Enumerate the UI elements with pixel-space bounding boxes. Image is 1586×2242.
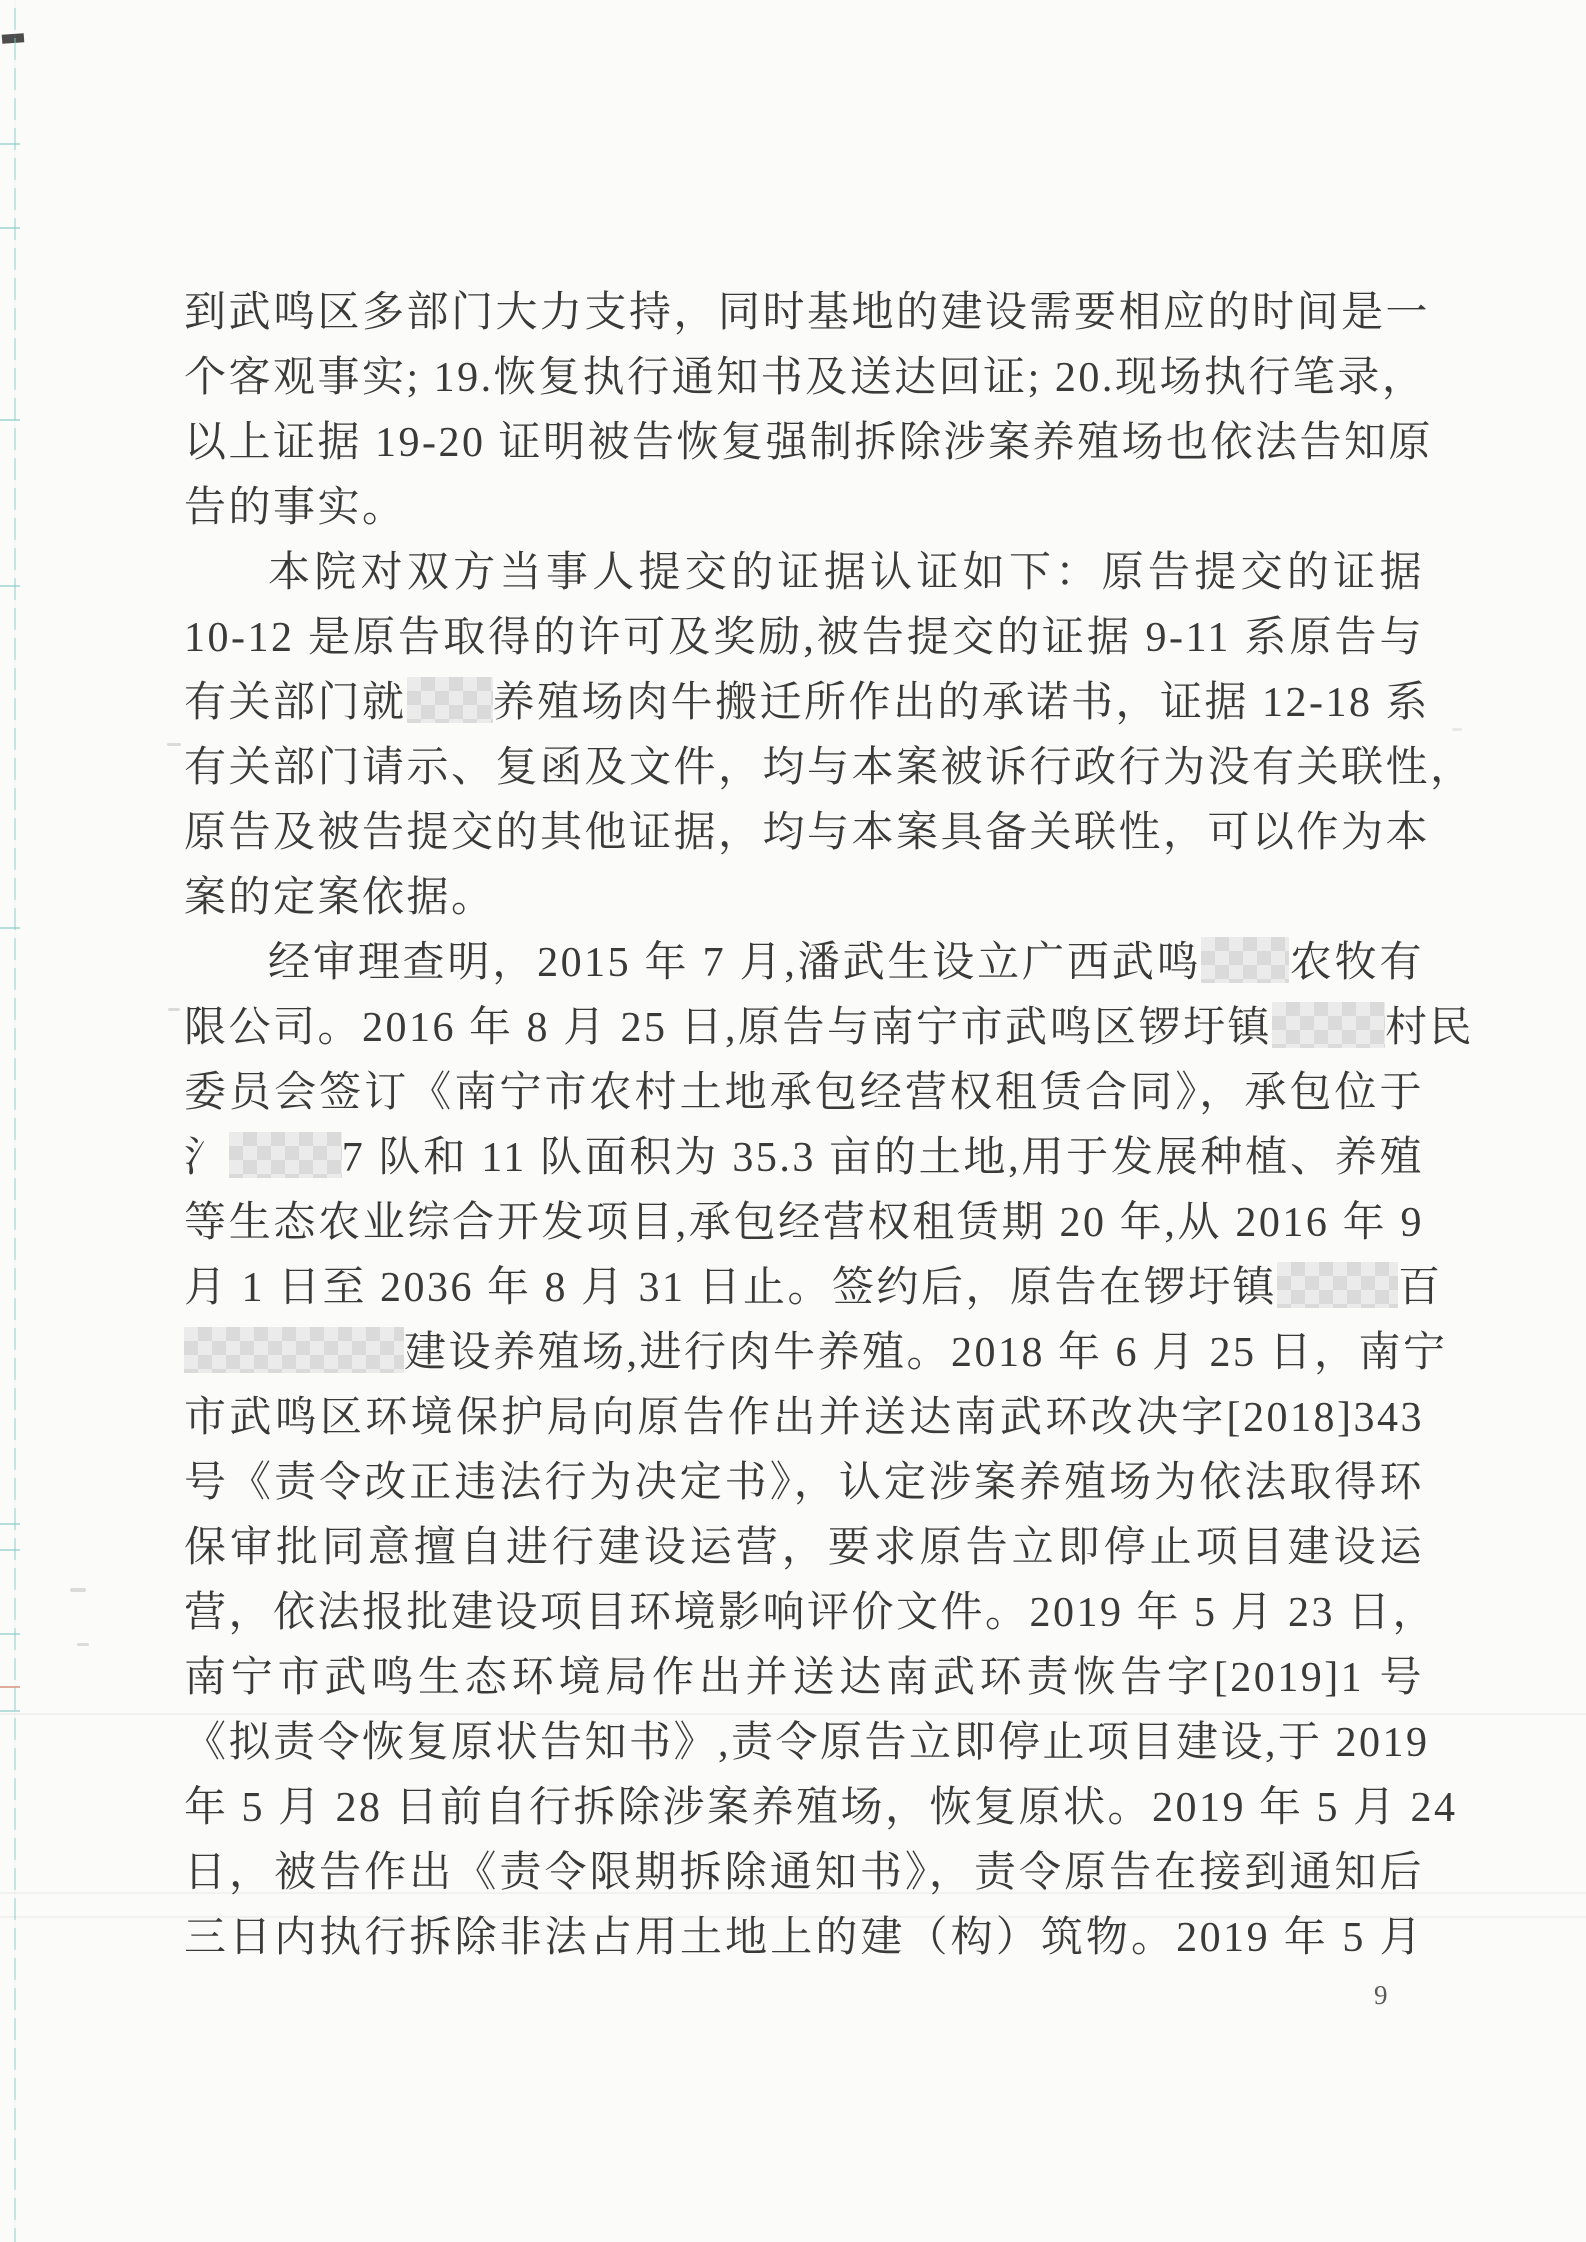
text-line: 号《责令改正违法行为决定书》，认定涉案养殖场为依法取得环 xyxy=(184,1451,1424,1516)
text-line: 保审批同意擅自进行建设运营，要求原告立即停止项目建设运 xyxy=(184,1516,1424,1581)
scan-ruled-tick xyxy=(0,1523,20,1525)
text-line: 南宁市武鸣生态环境局作出并送达南武环责恢告字[2019]1 号 xyxy=(184,1646,1424,1711)
text-line: 个客观事实; 19.恢复执行通知书及送达回证; 20.现场执行笔录， xyxy=(184,346,1424,411)
text-run: 有关部门就 xyxy=(184,680,407,726)
redaction-patch xyxy=(407,677,493,723)
redaction-patch xyxy=(1277,1262,1398,1308)
text-run: 7 队和 11 队面积为 35.3 亩的土地,用于发展种植、养殖 xyxy=(342,1135,1424,1181)
scan-ruled-edge-line xyxy=(14,0,16,2242)
text-run: 日，被告作出《责令限期拆除通知书》，责令原告在接到通知后 xyxy=(184,1850,1424,1896)
text-line: 营，依法报批建设项目环境影响评价文件。2019 年 5 月 23 日， xyxy=(184,1581,1424,1646)
text-line: 市武鸣区环境保护局向原告作出并送达南武环改决字[2018]343 xyxy=(184,1386,1424,1451)
text-run: 案的定案依据。 xyxy=(184,875,496,921)
text-lines: 到武鸣区多部门大力支持，同时基地的建设需要相应的时间是一个客观事实; 19.恢复… xyxy=(184,281,1424,1971)
text-run: 市武鸣区环境保护局向原告作出并送达南武环改决字[2018]343 xyxy=(184,1395,1424,1441)
text-run: 建设养殖场,进行肉牛养殖。2018 年 6 月 25 日，南宁 xyxy=(404,1330,1448,1376)
scan-ruled-tick xyxy=(0,1710,20,1712)
text-run: 以上证据 19-20 证明被告恢复强制拆除涉案养殖场也依法告知原 xyxy=(184,420,1433,466)
text-line: 等生态农业综合开发项目,承包经营权租赁期 20 年,从 2016 年 9 xyxy=(184,1191,1424,1256)
scan-ruled-tick xyxy=(0,1549,20,1551)
text-line: 本院对双方当事人提交的证据认证如下：原告提交的证据 xyxy=(184,541,1424,606)
page-number: 9 xyxy=(1374,1980,1388,2011)
scan-ruled-tick xyxy=(0,1633,20,1635)
text-run: 月 1 日至 2036 年 8 月 31 日止。签约后，原告在锣圩镇 xyxy=(184,1265,1277,1311)
text-run: 个客观事实; 19.恢复执行通知书及送达回证; 20.现场执行笔录， xyxy=(184,355,1426,401)
text-line: 告的事实。 xyxy=(184,476,1424,541)
text-run: 到武鸣区多部门大力支持，同时基地的建设需要相应的时间是一 xyxy=(184,290,1430,336)
text-run: 委员会签订《南宁市农村土地承包经营权租赁合同》，承包位于 xyxy=(184,1070,1424,1116)
redaction-patch xyxy=(184,1327,404,1373)
redaction-patch xyxy=(1272,1002,1385,1048)
text-line: 限公司。2016 年 8 月 25 日,原告与南宁市武鸣区锣圩镇村民 xyxy=(184,996,1424,1061)
text-line: 原告及被告提交的其他证据，均与本案具备关联性，可以作为本 xyxy=(184,801,1424,866)
text-run: 有关部门请示、复函及文件，均与本案被诉行政行为没有关联性， xyxy=(184,745,1475,791)
redaction-patch xyxy=(1201,937,1289,983)
text-run: 三日内执行拆除非法占用土地上的建（构）筑物。2019 年 5 月 xyxy=(184,1915,1424,1961)
text-run: 告的事实。 xyxy=(184,485,407,531)
text-run: 农牧有 xyxy=(1289,940,1424,986)
text-line: 年 5 月 28 日前自行拆除涉案养殖场，恢复原状。2019 年 5 月 24 xyxy=(184,1776,1424,1841)
text-line: 日，被告作出《责令限期拆除通知书》，责令原告在接到通知后 xyxy=(184,1841,1424,1906)
text-run: 限公司。2016 年 8 月 25 日,原告与南宁市武鸣区锣圩镇 xyxy=(184,1005,1272,1051)
scan-red-tick xyxy=(0,1686,20,1688)
text-run: 氵 xyxy=(184,1135,229,1181)
text-run: 保审批同意擅自进行建设运营，要求原告立即停止项目建设运 xyxy=(184,1525,1424,1571)
text-run: 南宁市武鸣生态环境局作出并送达南武环责恢告字[2019]1 号 xyxy=(184,1655,1424,1701)
text-run: 本院对双方当事人提交的证据认证如下：原告提交的证据 xyxy=(268,550,1424,596)
scan-speck xyxy=(168,1008,180,1011)
scan-ruled-tick xyxy=(0,419,20,421)
text-line: 10-12 是原告取得的许可及奖励,被告提交的证据 9-11 系原告与 xyxy=(184,606,1424,671)
scan-ruled-tick xyxy=(0,227,20,229)
text-run: 养殖场肉牛搬迁所作出的承诺书，证据 12-18 系 xyxy=(493,680,1431,726)
scan-speck xyxy=(77,1643,89,1646)
scan-ruled-tick xyxy=(0,585,20,587)
text-run: 年 5 月 28 日前自行拆除涉案养殖场，恢复原状。2019 年 5 月 24 xyxy=(184,1785,1458,1831)
scanned-court-document-page: 到武鸣区多部门大力支持，同时基地的建设需要相应的时间是一个客观事实; 19.恢复… xyxy=(0,0,1586,2242)
text-run: 经审理查明，2015 年 7 月,潘武生设立广西武鸣 xyxy=(268,940,1201,986)
scan-speck xyxy=(70,1588,86,1592)
scan-ruled-tick xyxy=(0,927,20,929)
scan-speck xyxy=(1452,728,1462,731)
text-line: 到武鸣区多部门大力支持，同时基地的建设需要相应的时间是一 xyxy=(184,281,1424,346)
scan-speck xyxy=(167,743,181,746)
text-line: 三日内执行拆除非法占用土地上的建（构）筑物。2019 年 5 月 xyxy=(184,1906,1424,1971)
text-line: 经审理查明，2015 年 7 月,潘武生设立广西武鸣农牧有 xyxy=(184,931,1424,996)
text-line: 案的定案依据。 xyxy=(184,866,1424,931)
text-run: 营，依法报批建设项目环境影响评价文件。2019 年 5 月 23 日， xyxy=(184,1590,1437,1636)
text-run: 号《责令改正违法行为决定书》，认定涉案养殖场为依法取得环 xyxy=(184,1460,1424,1506)
text-run: 原告及被告提交的其他证据，均与本案具备关联性，可以作为本 xyxy=(184,810,1430,856)
text-line: 有关部门就养殖场肉牛搬迁所作出的承诺书，证据 12-18 系 xyxy=(184,671,1424,736)
text-line: 氵7 队和 11 队面积为 35.3 亩的土地,用于发展种植、养殖 xyxy=(184,1126,1424,1191)
scan-ruled-tick xyxy=(0,143,20,145)
text-run: 百 xyxy=(1398,1265,1443,1311)
text-line: 以上证据 19-20 证明被告恢复强制拆除涉案养殖场也依法告知原 xyxy=(184,411,1424,476)
text-line: 有关部门请示、复函及文件，均与本案被诉行政行为没有关联性， xyxy=(184,736,1424,801)
text-line: 月 1 日至 2036 年 8 月 31 日止。签约后，原告在锣圩镇百 xyxy=(184,1256,1424,1321)
text-line: 委员会签订《南宁市农村土地承包经营权租赁合同》，承包位于 xyxy=(184,1061,1424,1126)
redaction-patch xyxy=(229,1132,342,1178)
text-line: 《拟责令恢复原状告知书》,责令原告立即停止项目建设,于 2019 xyxy=(184,1711,1424,1776)
text-run: 10-12 是原告取得的许可及奖励,被告提交的证据 9-11 系原告与 xyxy=(184,615,1424,661)
scan-corner-mark xyxy=(2,33,25,44)
text-run: 村民 xyxy=(1385,1005,1474,1051)
text-line: 建设养殖场,进行肉牛养殖。2018 年 6 月 25 日，南宁 xyxy=(184,1321,1424,1386)
text-run: 《拟责令恢复原状告知书》,责令原告立即停止项目建设,于 2019 xyxy=(184,1720,1430,1766)
text-run: 等生态农业综合开发项目,承包经营权租赁期 20 年,从 2016 年 9 xyxy=(184,1200,1424,1246)
